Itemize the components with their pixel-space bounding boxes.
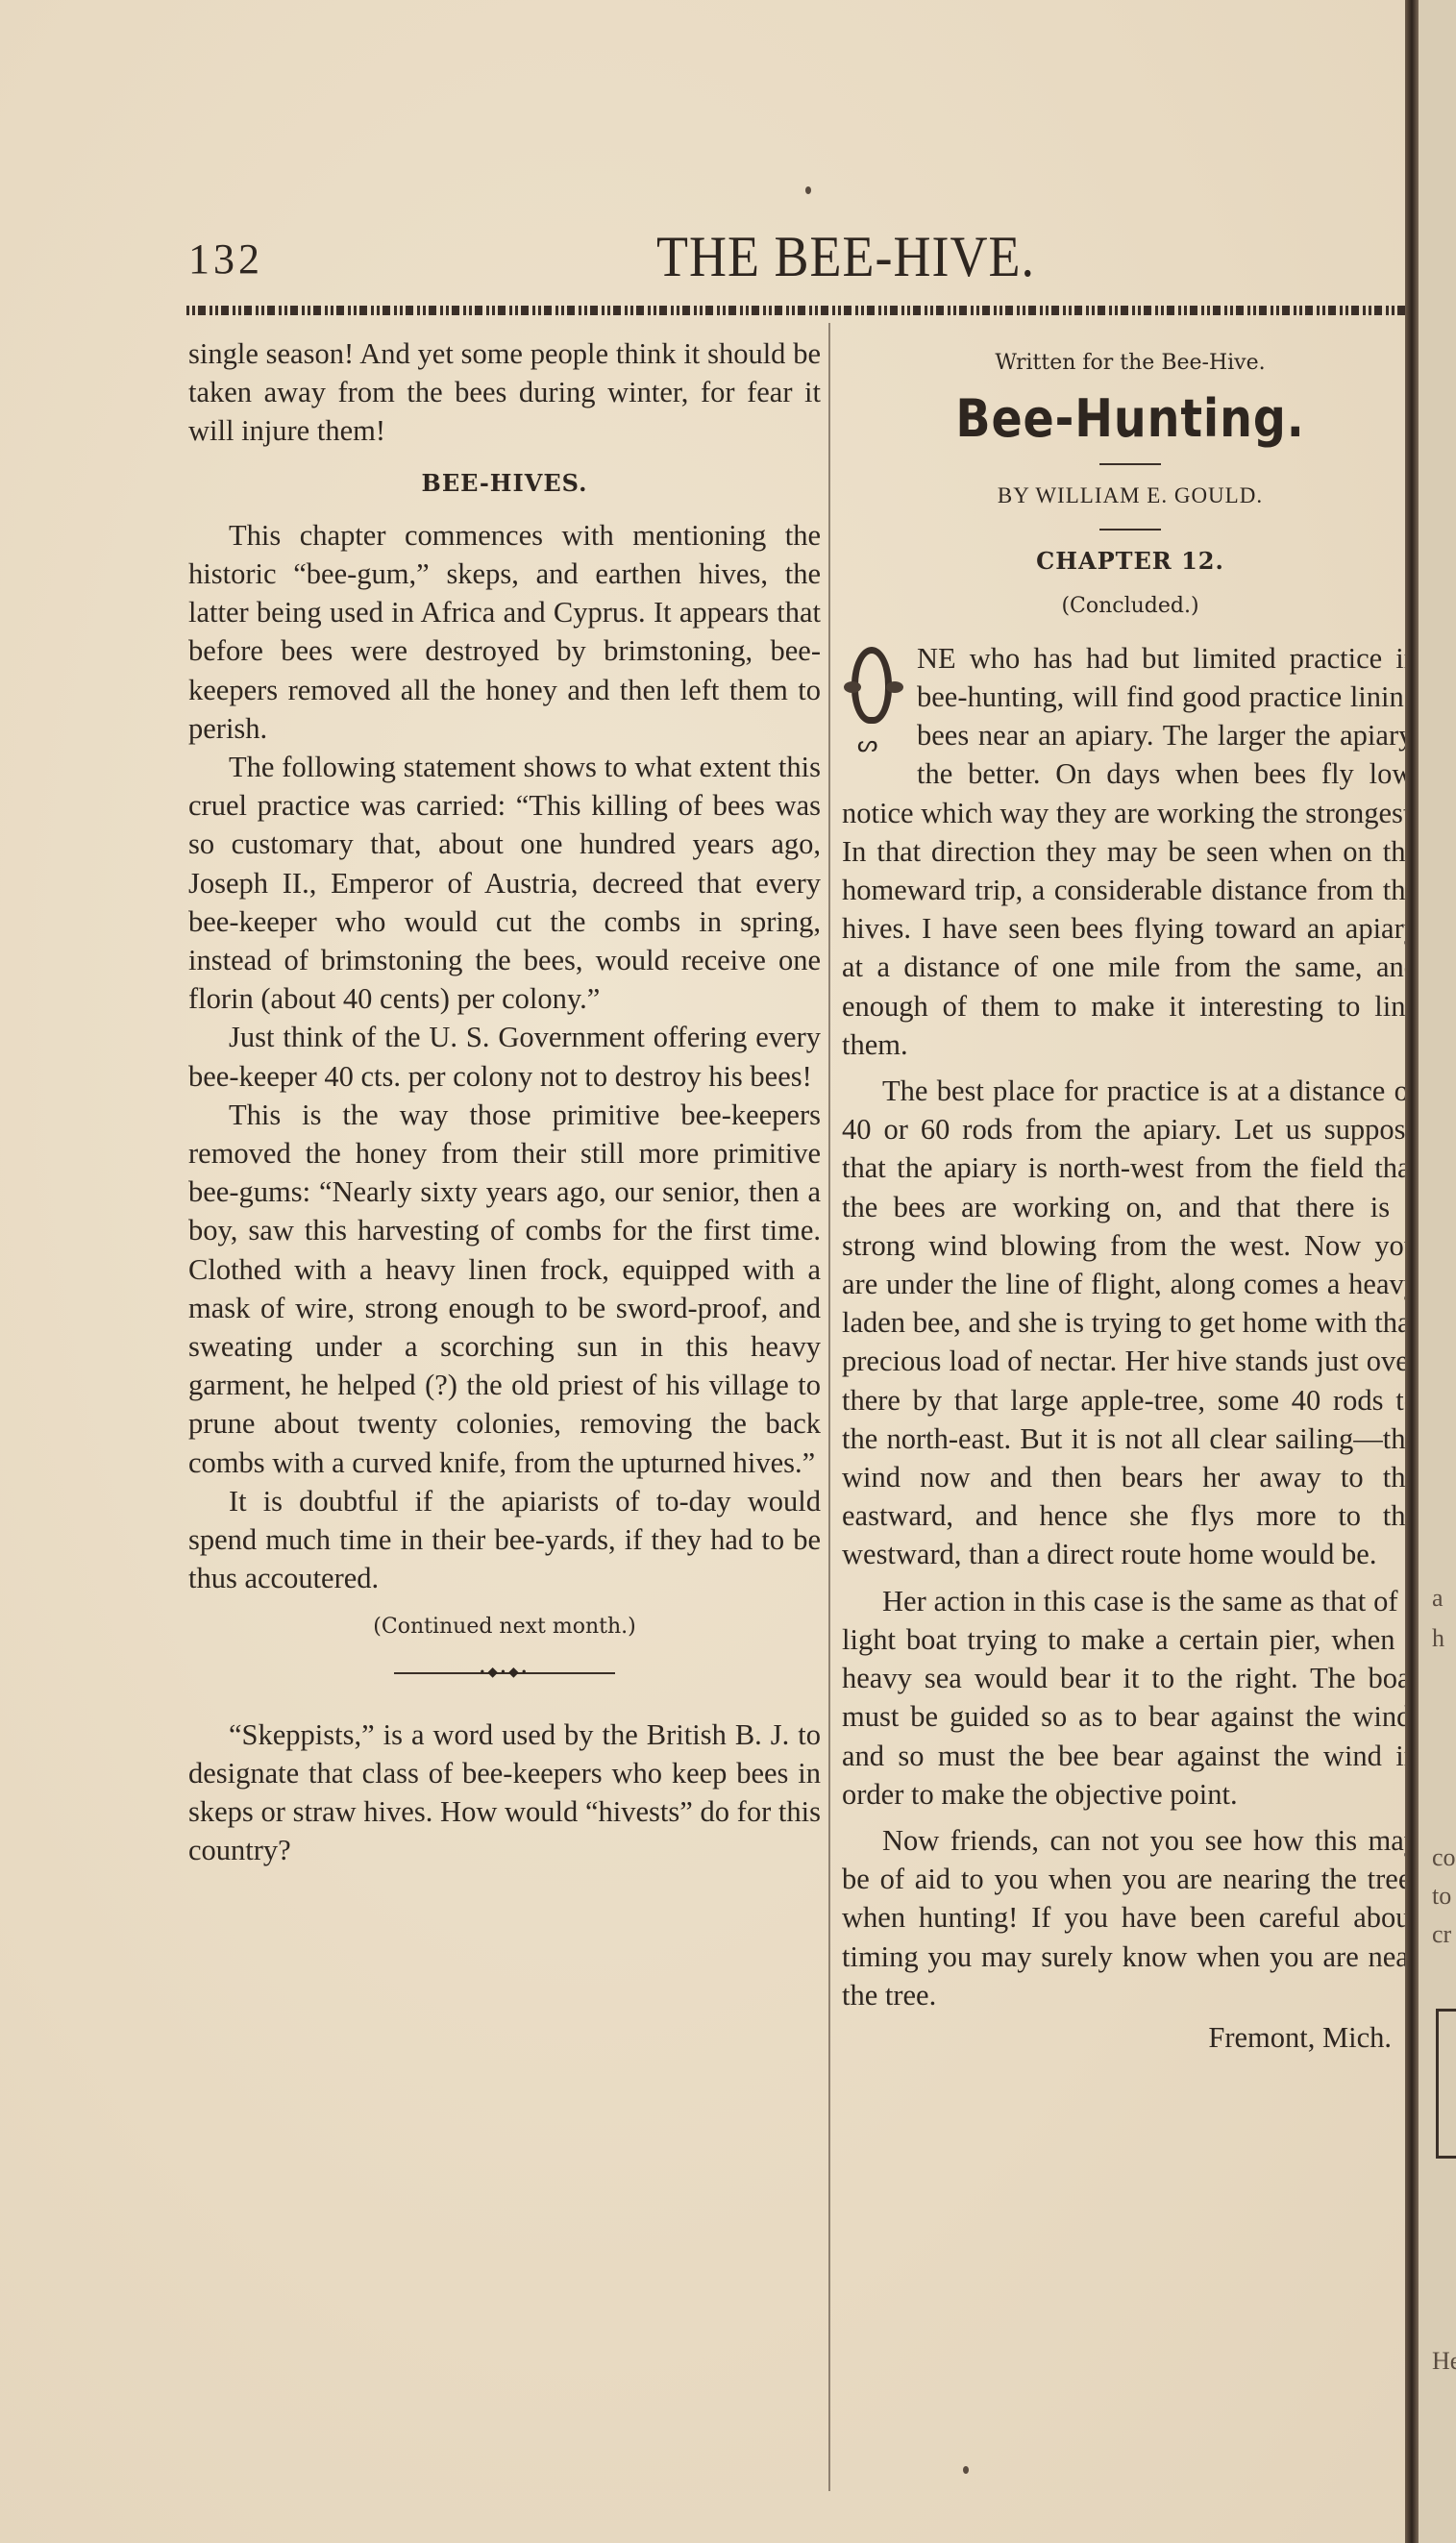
section-heading-bee-hives: BEE-HIVES. [188, 464, 821, 503]
ink-speck [805, 186, 811, 194]
drop-cap-knob-right [886, 681, 903, 693]
ornamental-header-rule [186, 306, 1426, 315]
first-paragraph: ᔕ NE who has had but limited practice in… [842, 639, 1419, 1064]
paragraph: The best place for practice is at a dist… [842, 1072, 1419, 1574]
byline-rule [1099, 529, 1161, 531]
paragraph: It is doubtful if the apiarists of to-da… [188, 1482, 821, 1598]
adjacent-page-frame [1436, 2009, 1456, 2159]
article-title: Bee-Hunting. [876, 388, 1384, 450]
paragraph: This chapter commences with mentioning t… [188, 516, 821, 748]
adjacent-page-fragment: He [1432, 2347, 1456, 2376]
adjacent-page-fragment: a [1432, 1584, 1444, 1613]
signoff-location: Fremont, Mich. [842, 2018, 1419, 2057]
running-title: THE BEE-HIVE. [577, 223, 1115, 289]
ornament-glyphs: •◆•◆• [480, 1667, 529, 1679]
paragraph: NE who has had but limited practice in b… [842, 639, 1419, 1064]
page-number: 132 [188, 235, 263, 284]
paragraph: Now friends, can not you see how this ma… [842, 1821, 1419, 2014]
adjacent-page-fragment: h [1432, 1624, 1444, 1653]
title-rule [1099, 463, 1161, 465]
byline: BY WILLIAM E. GOULD. [842, 477, 1419, 515]
right-column: Written for the Bee-Hive. Bee-Hunting. B… [842, 334, 1419, 2057]
adjacent-page-fragment: co [1432, 1843, 1456, 1872]
column-divider [828, 323, 830, 2491]
adjacent-page-fragment: to [1432, 1882, 1451, 1911]
written-for-note: Written for the Bee-Hive. [842, 344, 1419, 383]
paragraph: Just think of the U. S. Government offer… [188, 1018, 821, 1095]
paragraph: Her action in this case is the same as t… [842, 1582, 1419, 1814]
ornamental-divider: •◆•◆• [394, 1667, 615, 1679]
chapter-heading: CHAPTER 12. [842, 542, 1419, 580]
continued-note: (Continued next month.) [188, 1608, 821, 1646]
skeppists-paragraph: “Skeppists,” is a word used by the Briti… [188, 1716, 821, 1870]
continuation-paragraph: single season! And yet some people think… [188, 334, 821, 451]
concluded-note: (Concluded.) [842, 587, 1419, 626]
ink-speck [963, 2466, 969, 2474]
adjacent-page-edge [1419, 0, 1456, 2543]
paragraph: This is the way those primitive bee-keep… [188, 1096, 821, 1482]
drop-cap-knob-left [844, 681, 861, 693]
drop-cap-o-icon: ᔕ [842, 641, 909, 766]
book-gutter-shadow [1405, 0, 1419, 2543]
drop-cap-flourish-icon: ᔕ [857, 733, 877, 756]
adjacent-page-fragment: cr [1432, 1920, 1451, 1949]
left-column: single season! And yet some people think… [188, 334, 821, 1870]
paragraph: The following statement shows to what ex… [188, 748, 821, 1018]
